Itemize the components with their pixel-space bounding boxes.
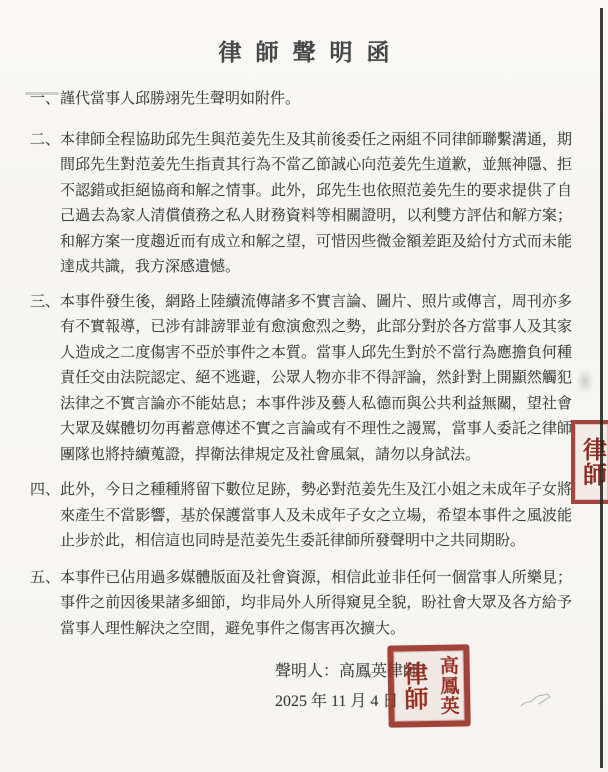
item-number: 二、 xyxy=(30,128,60,281)
document-title: 律師聲明函 xyxy=(0,34,608,67)
item-text: 此外，今日之種種將留下數位足跡，勢必對范姜先生及江小姐之未成年子女將來產生不當影… xyxy=(60,478,572,555)
item-number: 一、 xyxy=(30,87,60,113)
item-text: 本事件發生後，網路上陸續流傳諸多不實言論、圖片、照片或傳言，周刊亦多有不實報導，… xyxy=(60,290,572,469)
scan-smudge xyxy=(25,92,59,95)
item-number: 五、 xyxy=(30,566,60,643)
statement-item-3: 三、 本事件發生後，網路上陸續流傳諸多不實言論、圖片、照片或傳言，周刊亦多有不實… xyxy=(30,290,572,469)
item-text: 本律師全程協助邱先生與范姜先生及其前後委任之兩組不同律師聯繫溝通，期間邱先生對范… xyxy=(60,128,572,281)
document-page: 律師聲明函 一、 謹代當事人邱勝翊先生聲明如附件。 二、 本律師全程協助邱先生與… xyxy=(0,0,608,772)
document-body: 一、 謹代當事人邱勝翊先生聲明如附件。 二、 本律師全程協助邱先生與范姜先生及其… xyxy=(0,87,608,717)
item-number: 三、 xyxy=(30,290,60,469)
statement-item-5: 五、 本事件已佔用過多媒體版面及社會資源，相信此並非任何一個當事人所樂見；事件之… xyxy=(30,566,572,643)
pen-mark xyxy=(517,690,557,712)
item-number: 四、 xyxy=(30,478,60,555)
item-text: 本事件已佔用過多媒體版面及社會資源，相信此並非任何一個當事人所樂見；事件之前因後… xyxy=(60,566,572,643)
seal-text-column: 律師 xyxy=(400,661,425,711)
statement-item-1: 一、 謹代當事人邱勝翊先生聲明如附件。 xyxy=(30,87,572,113)
seal-text-column: 高鳳英 xyxy=(438,656,458,716)
lawyer-name-seal: 高鳳英 律師 xyxy=(387,644,470,727)
statement-item-4: 四、 此外，今日之種種將留下數位足跡，勢必對范姜先生及江小姐之未成年子女將來產生… xyxy=(30,478,572,555)
statement-item-2: 二、 本律師全程協助邱先生與范姜先生及其前後委任之兩組不同律師聯繫溝通，期間邱先… xyxy=(30,128,572,281)
item-text: 謹代當事人邱勝翊先生聲明如附件。 xyxy=(60,87,572,113)
scan-smudge xyxy=(576,368,594,394)
scan-edge-artifact xyxy=(600,8,603,768)
